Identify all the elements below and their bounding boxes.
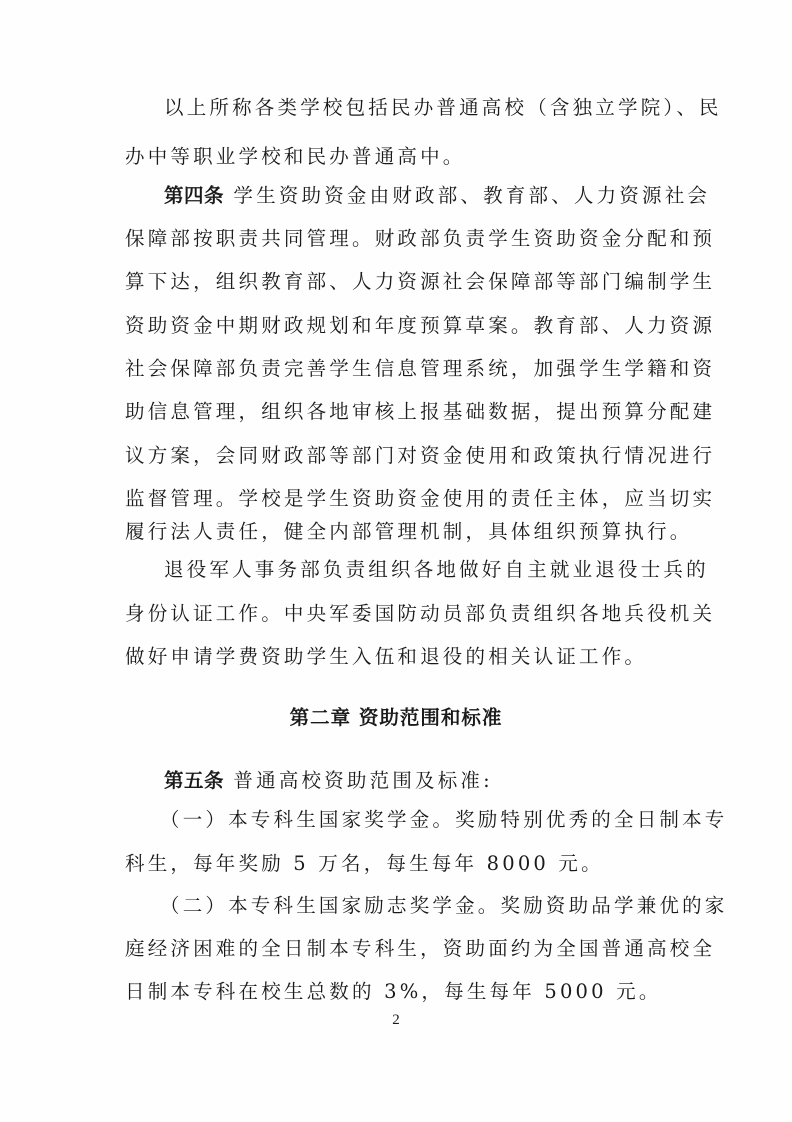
- article-5-line: 第五条 普通高校资助范围及标准:: [164, 769, 685, 793]
- paragraph-line: 做好申请学费资助学生入伍和退役的相关认证工作。: [125, 645, 685, 669]
- paragraph-line: 退役军人事务部负责组织各地做好自主就业退役士兵的: [164, 558, 685, 582]
- list-item-line: （二）本专科生国家励志奖学金。奖励资助品学兼优的家: [160, 894, 685, 918]
- list-item-line: 庭经济困难的全日制本专科生，资助面约为全国普通高校全: [125, 937, 685, 961]
- article-label: 第四条: [164, 184, 224, 207]
- document-page: 以上所称各类学校包括民办普通高校（含独立学院）、民 办中等职业学校和民办普通高中…: [0, 0, 792, 1122]
- page-number: 2: [0, 1012, 792, 1029]
- paragraph-line: 以上所称各类学校包括民办普通高校（含独立学院）、民: [164, 96, 685, 120]
- paragraph-line: 资助资金中期财政规划和年度预算草案。教育部、人力资源: [125, 314, 685, 338]
- paragraph-line: 助信息管理，组织各地审核上报基础数据，提出预算分配建: [125, 400, 685, 424]
- paragraph-line: 议方案，会同财政部等部门对资金使用和政策执行情况进行: [125, 444, 685, 468]
- paragraph-line: 办中等职业学校和民办普通高中。: [125, 145, 685, 169]
- paragraph-line: 履行法人责任，健全内部管理机制，具体组织预算执行。: [125, 520, 685, 544]
- paragraph-line: 社会保障部负责完善学生信息管理系统，加强学生学籍和资: [125, 357, 685, 381]
- list-item-line: （一）本专科生国家奖学金。奖励特别优秀的全日制本专: [160, 808, 685, 832]
- paragraph-line: 算下达，组织教育部、人力资源社会保障部等部门编制学生: [125, 270, 685, 294]
- list-item-line: 日制本专科在校生总数的 3%，每生每年 5000 元。: [125, 980, 685, 1004]
- article-text: 普通高校资助范围及标准:: [233, 769, 492, 792]
- paragraph-line: 身份认证工作。中央军委国防动员部负责组织各地兵役机关: [125, 602, 685, 626]
- paragraph-line: 保障部按职责共同管理。财政部负责学生资助资金分配和预: [125, 227, 685, 251]
- paragraph-line: 监督管理。学校是学生资助资金使用的责任主体，应当切实: [125, 487, 685, 511]
- chapter-heading: 第二章 资助范围和标准: [0, 706, 792, 730]
- article-label: 第五条: [164, 769, 224, 792]
- article-4-first-line: 第四条 学生资助资金由财政部、教育部、人力资源社会: [164, 184, 685, 208]
- list-item-line: 科生，每年奖励 5 万名，每生每年 8000 元。: [125, 852, 685, 876]
- article-text: 学生资助资金由财政部、教育部、人力资源社会: [233, 184, 710, 207]
